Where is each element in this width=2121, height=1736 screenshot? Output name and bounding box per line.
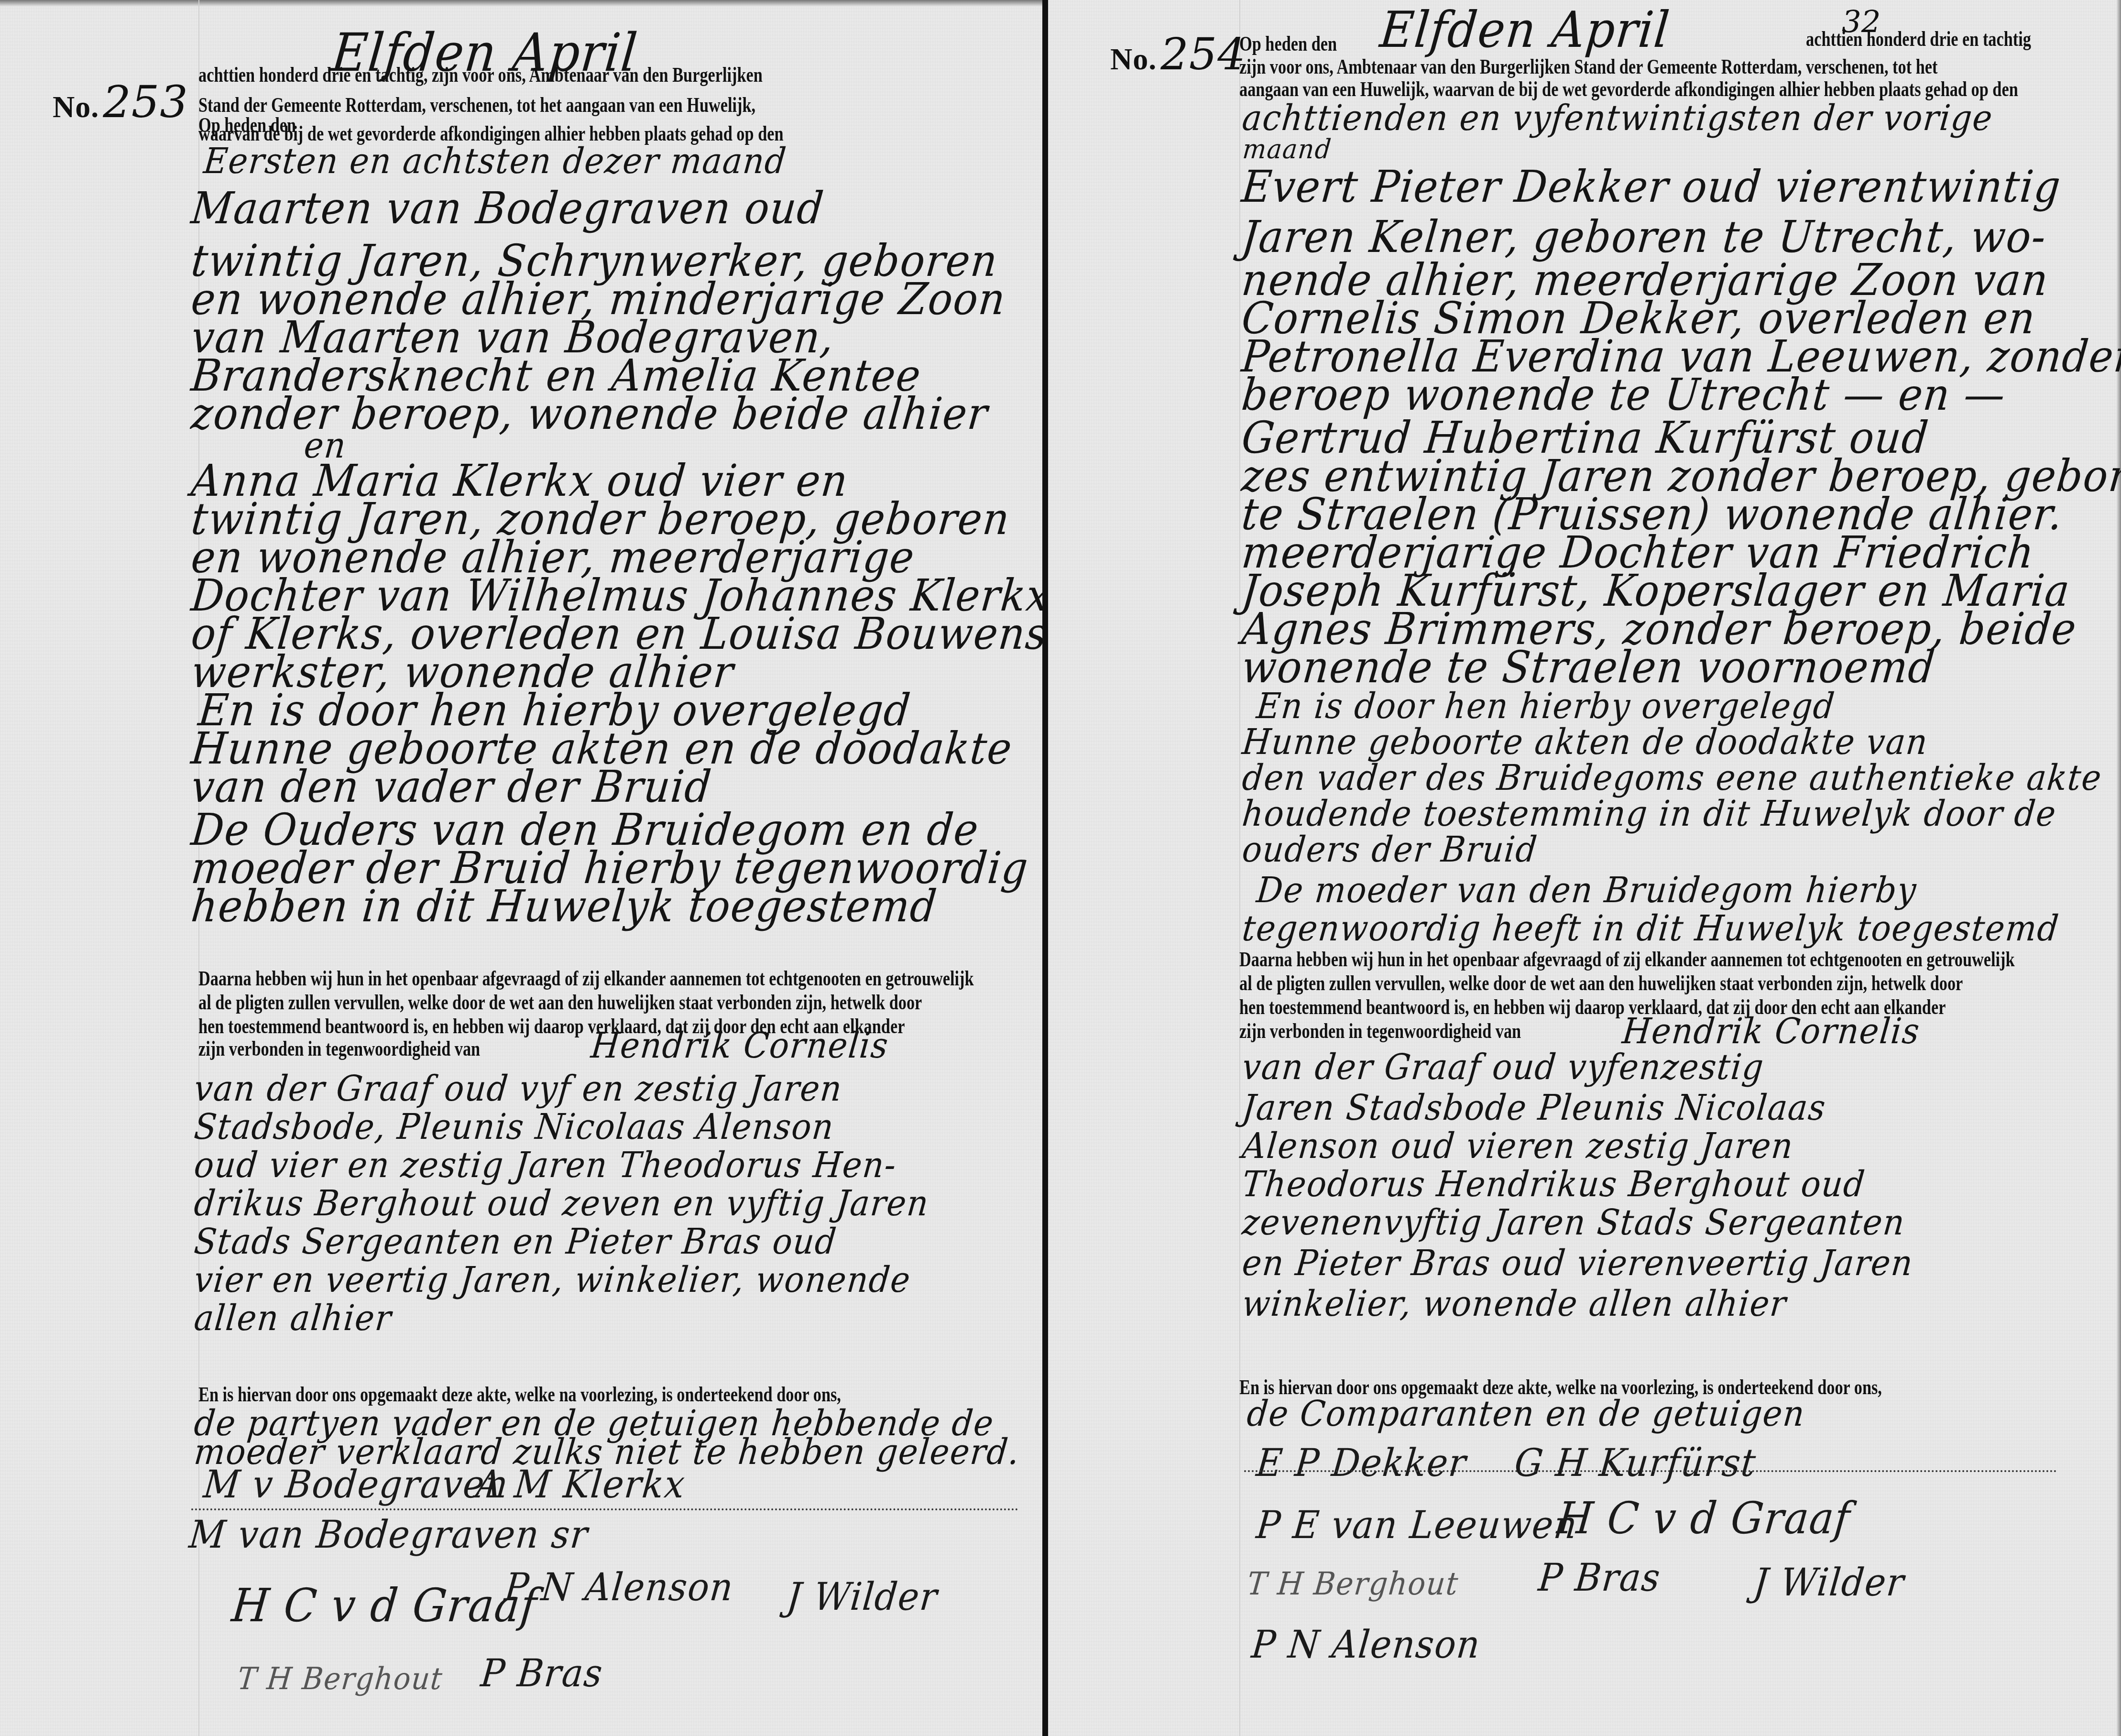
signature-witness: P Bras (1537, 1559, 1662, 1597)
signature-witness: P Bras (479, 1654, 605, 1692)
signature-dotted-line (1244, 1470, 2057, 1472)
handwritten-body-line: Maarten van Bodegraven oud (189, 186, 826, 230)
handwritten-body-line: Evert Pieter Dekker oud vierentwintig (1240, 165, 2063, 209)
printed-consent-1: Daarna hebben wij hun in het openbaar af… (198, 968, 974, 989)
signature-witness: H C v d Graaf (230, 1583, 539, 1628)
printed-line1-end: achttien honderd drie en tachtig (1806, 29, 2031, 50)
witness-line: drikus Berghout oud zeven en vyftig Jare… (193, 1186, 931, 1221)
handwritten-body-line: hebben in dit Huwelyk toegestemd (189, 884, 939, 928)
signature-father: M van Bodegraven sr (187, 1516, 590, 1554)
record-number-254: No.254 (1110, 29, 1246, 80)
signature-official: J Wilder (785, 1578, 940, 1616)
handwritten-body-line: De moeder van den Bruidegom hierby (1255, 873, 1918, 908)
handwritten-body-line: Hunne geboorte akten de doodakte van (1241, 724, 1930, 760)
handwritten-body-line: En is door hen hierby overgelegd (1255, 688, 1837, 724)
signature-witness: T H Berghout (1246, 1568, 1460, 1600)
printed-consent-2: al de pligten zullen vervullen, welke do… (198, 992, 922, 1013)
printed-consent-1: Daarna hebben wij hun in het openbaar af… (1239, 949, 2015, 970)
signature-witness: P N Alenson (1250, 1626, 1482, 1664)
witness-line: vier en veertig Jaren, winkelier, wonend… (193, 1262, 913, 1298)
witness-line: winkelier, wonende allen alhier (1241, 1286, 1788, 1321)
printed-consent-4: zijn verbonden in tegenwoordigheid van (1239, 1021, 1521, 1042)
witness-line: Jaren Stadsbode Pleunis Nicolaas (1241, 1090, 1828, 1125)
signature-groom: E P Dekker (1255, 1444, 1468, 1482)
register-page-left: No.253 Op heden den Elfden April achttie… (0, 0, 1042, 1736)
handwritten-banns: achttienden en vyfentwintigsten der vori… (1241, 100, 1995, 136)
signature-official: J Wilder (1752, 1563, 1906, 1602)
witness-line: zevenenvyftig Jaren Stads Sergeanten (1241, 1205, 1907, 1240)
register-page-right: 32 No.254 Op heden den Elfden April acht… (1048, 0, 2121, 1736)
page-top-shadow (0, 0, 1042, 7)
witness-line: en Pieter Bras oud vierenveertig Jaren (1241, 1245, 1915, 1281)
witness-line: van der Graaf oud vyf en zestig Jaren (193, 1071, 844, 1106)
book-gutter (1042, 0, 1048, 1736)
handwritten-body-line: beroep wonende te Utrecht — en — (1240, 373, 2008, 417)
handwritten-body-line: wonende te Straelen voornoemd (1240, 645, 1937, 689)
printed-line3: aangaan van een Huwelijk, waarvan de bij… (1239, 79, 2018, 100)
record-number-253: No.253 (53, 76, 188, 128)
witness-line: Theodorus Hendrikus Berghout oud (1241, 1167, 1867, 1202)
printed-consent-4: zijn verbonden in tegenwoordigheid van (198, 1038, 480, 1059)
witness-line: Stadsbode, Pleunis Nicolaas Alenson (193, 1109, 836, 1145)
handwritten-body-line: van den vader der Bruid (189, 765, 714, 809)
signing-note: de Comparanten en de getuigen (1246, 1396, 1807, 1431)
signature-groom: M v Bodegraven (202, 1465, 510, 1504)
signature-witness: H C v d Graaf (1555, 1496, 1852, 1540)
signature-bride: G H Kurfürst (1513, 1444, 1758, 1482)
witness-line: oud vier en zestig Jaren Theodorus Hen- (193, 1147, 898, 1183)
printed-closing: En is hiervan door ons opgemaakt deze ak… (198, 1384, 841, 1405)
witness-line: Hendrik Cornelis (590, 1028, 890, 1063)
handwritten-body-line: ouders der Bruid (1241, 832, 1539, 867)
printed-line2: zijn voor ons, Ambtenaar van den Burgerl… (1239, 56, 1937, 77)
page-right-edge (2116, 0, 2121, 1736)
signature-dotted-line (191, 1508, 1018, 1510)
witness-line: Stads Sergeanten en Pieter Bras oud (193, 1224, 839, 1259)
signature-bride: A M Klerkx (474, 1465, 687, 1504)
printed-opening: Op heden den (1239, 33, 1337, 55)
signature-witness: P N Alenson (503, 1568, 735, 1606)
signature-mother: P E van Leeuwen (1255, 1506, 1579, 1544)
handwritten-body-line: Jaren Kelner, geboren te Utrecht, wo- (1240, 215, 2048, 259)
printed-line1: achttien honderd drie en tachtig, zijn v… (198, 65, 763, 86)
handwritten-banns: maand (1242, 136, 1333, 163)
signature-witness: T H Berghout (236, 1664, 444, 1694)
handwritten-body-line: den vader des Bruidegoms eene authentiek… (1241, 760, 2104, 796)
handwritten-body-line: tegenwoordig heeft in dit Huwelyk toeges… (1241, 911, 2061, 946)
witness-line: Alenson oud vieren zestig Jaren (1241, 1128, 1795, 1164)
witness-line: van der Graaf oud vyfenzestig (1241, 1049, 1766, 1085)
handwritten-body-line: houdende toestemming in dit Huwelyk door… (1241, 796, 2058, 831)
witness-line: Hendrik Cornelis (1621, 1014, 1922, 1049)
witness-line: allen alhier (193, 1300, 394, 1336)
handwritten-banns: Eersten en achtsten dezer maand (202, 143, 788, 179)
handwritten-date: Elfden April (1378, 5, 1672, 55)
printed-consent-2: al de pligten zullen vervullen, welke do… (1239, 973, 1963, 994)
printed-line2: Stand der Gemeente Rotterdam, verschenen… (198, 95, 755, 116)
